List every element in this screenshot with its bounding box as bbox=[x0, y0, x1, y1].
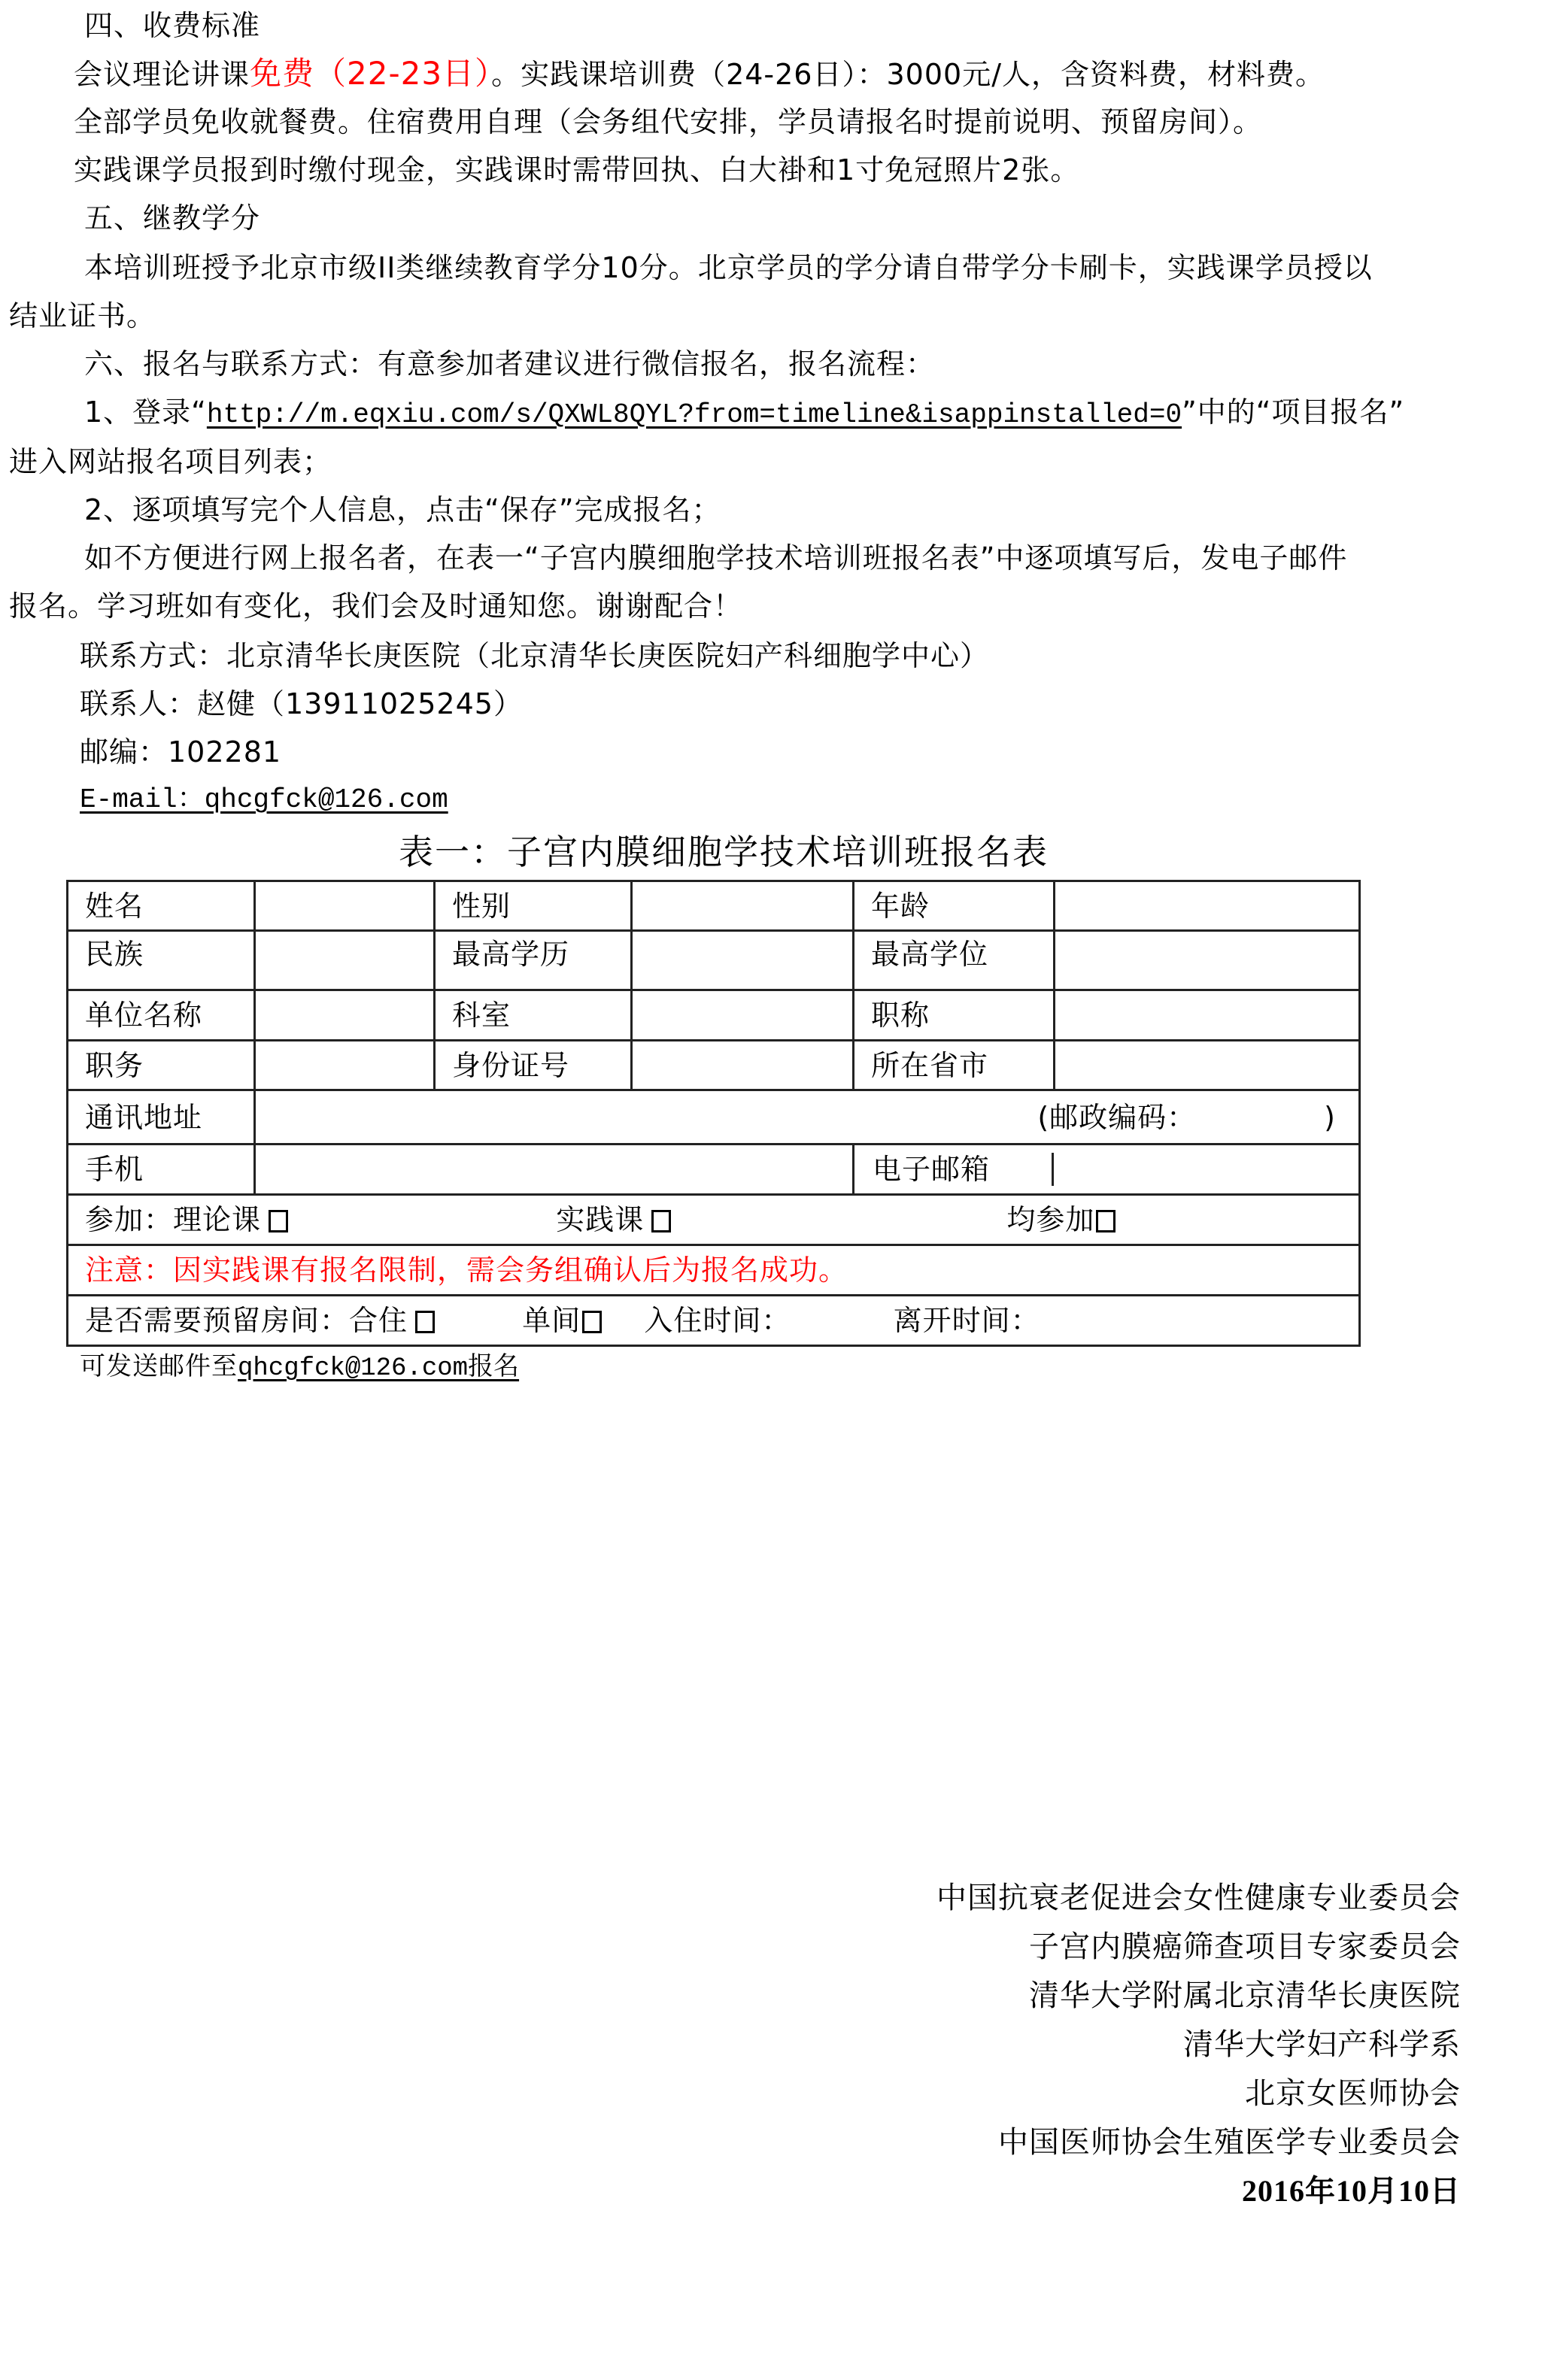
label-education: 最高学历 bbox=[435, 931, 632, 990]
table-row: 手机 电子邮箱 bbox=[68, 1145, 1360, 1195]
footnote-text: 可发送邮件至 bbox=[80, 1351, 238, 1381]
input-id-number[interactable] bbox=[632, 1041, 854, 1090]
both-checkbox[interactable] bbox=[1096, 1210, 1115, 1232]
label-age: 年龄 bbox=[854, 881, 1055, 931]
label-organization: 单位名称 bbox=[68, 990, 255, 1041]
postcode: 邮编：102281 bbox=[80, 735, 281, 769]
input-education[interactable] bbox=[632, 931, 854, 990]
fees-paragraph-3: 实践课学员报到时缴付现金，实践课时需带回执、白大褂和1寸免冠照片2张。 bbox=[74, 153, 1079, 186]
input-title[interactable] bbox=[1055, 990, 1360, 1041]
free-highlight: 免费（22-23日） bbox=[250, 55, 491, 92]
table-row: 通讯地址 (邮政编码：) bbox=[68, 1090, 1360, 1145]
input-email[interactable] bbox=[1054, 1153, 1358, 1186]
label-mobile: 手机 bbox=[68, 1145, 255, 1195]
attend-theory-label: 参加：理论课 bbox=[85, 1203, 261, 1236]
input-mobile[interactable] bbox=[255, 1145, 854, 1195]
label-id-number: 身份证号 bbox=[435, 1041, 632, 1090]
registration-alt-2: 报名。学习班如有变化，我们会及时通知您。谢谢配合！ bbox=[9, 590, 742, 623]
checkin-label: 入住时间： bbox=[644, 1304, 791, 1337]
attend-both-label: 均参加 bbox=[1006, 1203, 1094, 1236]
section-heading-registration: 六、报名与联系方式：有意参加者建议进行微信报名，报名流程： bbox=[84, 347, 935, 380]
registration-link[interactable]: http://m.eqxiu.com/s/QXWL8QYL?from=timel… bbox=[207, 399, 1182, 430]
label-degree: 最高学位 bbox=[854, 931, 1055, 990]
table-row: 是否需要预留房间：合住 单间 入住时间： 离开时间： bbox=[68, 1296, 1360, 1346]
label-province-city: 所在省市 bbox=[854, 1041, 1055, 1090]
contact-info: 联系方式：北京清华长庚医院（北京清华长庚医院妇产科细胞学中心） bbox=[80, 639, 989, 672]
registration-step-1-cont: 进入网站报名项目列表； bbox=[9, 445, 332, 478]
input-gender[interactable] bbox=[632, 881, 854, 931]
footnote-email-link[interactable]: qhcgfck@126.com报名 bbox=[238, 1351, 519, 1381]
table-row: 民族 最高学历 最高学位 bbox=[68, 931, 1360, 990]
input-position[interactable] bbox=[255, 1041, 435, 1090]
room-single-label: 单间 bbox=[522, 1304, 581, 1337]
label-gender: 性别 bbox=[435, 881, 632, 931]
section-heading-fees: 四、收费标准 bbox=[84, 9, 260, 42]
table-row: 单位名称 科室 职称 bbox=[68, 990, 1360, 1041]
theory-checkbox[interactable] bbox=[269, 1210, 288, 1232]
registration-step-2: 2、逐项填写完个人信息，点击“保存”完成报名； bbox=[84, 493, 721, 526]
contact-email-link[interactable]: E-mail：qhcgfck@126.com bbox=[80, 784, 448, 817]
attend-practice-label: 实践课 bbox=[556, 1203, 644, 1236]
input-age[interactable] bbox=[1055, 881, 1360, 931]
fees-text: 会议理论讲课 bbox=[74, 58, 250, 91]
table-row: 参加：理论课 实践课 均参加 bbox=[68, 1195, 1360, 1245]
fees-paragraph-1: 会议理论讲课免费（22-23日）。实践课培训费（24-26日）：3000元/人，… bbox=[74, 57, 1325, 91]
credits-paragraph-2: 结业证书。 bbox=[9, 299, 156, 332]
label-title: 职称 bbox=[854, 990, 1055, 1041]
section-heading-credits: 五、继教学分 bbox=[84, 202, 260, 235]
single-room-checkbox[interactable] bbox=[582, 1311, 602, 1333]
room-options: 是否需要预留房间：合住 单间 入住时间： 离开时间： bbox=[68, 1296, 1360, 1346]
input-address[interactable]: (邮政编码：) bbox=[255, 1090, 1360, 1145]
registration-step-1: 1、登录“http://m.eqxiu.com/s/QXWL8QYL?from=… bbox=[84, 396, 1404, 432]
shared-room-checkbox[interactable] bbox=[415, 1311, 435, 1333]
fees-text: 。实践课培训费（24-26日）：3000元/人，含资料费，材料费。 bbox=[491, 58, 1325, 91]
room-shared-label: 是否需要预留房间：合住 bbox=[85, 1304, 408, 1337]
postal-code-close: ) bbox=[1324, 1101, 1336, 1134]
label-name: 姓名 bbox=[68, 881, 255, 931]
contact-person: 联系人：赵健（13911025245） bbox=[80, 687, 523, 720]
step1-suffix: ”中的“项目报名” bbox=[1182, 396, 1404, 429]
label-ethnicity: 民族 bbox=[68, 931, 255, 990]
signature-org-3: 清华大学附属北京清华长庚医院 bbox=[1029, 1978, 1461, 2014]
form-title: 表一：子宫内膜细胞学技术培训班报名表 bbox=[399, 831, 1049, 873]
input-degree[interactable] bbox=[1055, 931, 1360, 990]
table-row: 姓名 性别 年龄 bbox=[68, 881, 1360, 931]
credits-paragraph-1: 本培训班授予北京市级II类继续教育学分10分。北京学员的学分请自带学分卡刷卡，实… bbox=[84, 251, 1373, 284]
fees-paragraph-2: 全部学员免收就餐费。住宿费用自理（会务组代安排，学员请报名时提前说明、预留房间）… bbox=[74, 105, 1262, 138]
table-row: 注意：因实践课有报名限制，需会务组确认后为报名成功。 bbox=[68, 1245, 1360, 1296]
attend-options: 参加：理论课 实践课 均参加 bbox=[68, 1195, 1360, 1245]
email-cell: 电子邮箱 bbox=[854, 1145, 1360, 1195]
label-address: 通讯地址 bbox=[68, 1090, 255, 1145]
signature-org-5: 北京女医师协会 bbox=[1245, 2075, 1461, 2112]
signature-org-1: 中国抗衰老促进会女性健康专业委员会 bbox=[936, 1880, 1461, 1916]
label-position: 职务 bbox=[68, 1041, 255, 1090]
form-footnote: 可发送邮件至qhcgfck@126.com报名 bbox=[80, 1350, 519, 1385]
practice-checkbox[interactable] bbox=[651, 1210, 671, 1232]
label-department: 科室 bbox=[435, 990, 632, 1041]
signature-org-4: 清华大学妇产科学系 bbox=[1183, 2027, 1461, 2063]
notice-text: 注意：因实践课有报名限制，需会务组确认后为报名成功。 bbox=[68, 1245, 1360, 1296]
table-row: 职务 身份证号 所在省市 bbox=[68, 1041, 1360, 1090]
signature-date: 2016年10月10日 bbox=[1242, 2173, 1461, 2209]
input-organization[interactable] bbox=[255, 990, 435, 1041]
postal-code-label: (邮政编码： bbox=[1037, 1101, 1196, 1134]
signature-org-2: 子宫内膜癌筛查项目专家委员会 bbox=[1029, 1929, 1461, 1965]
input-department[interactable] bbox=[632, 990, 854, 1041]
label-email: 电子邮箱 bbox=[854, 1153, 1054, 1186]
input-name[interactable] bbox=[255, 881, 435, 931]
signature-org-6: 中国医师协会生殖医学专业委员会 bbox=[998, 2124, 1461, 2160]
registration-form-table: 姓名 性别 年龄 民族 最高学历 最高学位 单位名称 科室 职称 职务 身份证号… bbox=[66, 880, 1361, 1347]
input-province-city[interactable] bbox=[1055, 1041, 1360, 1090]
input-ethnicity[interactable] bbox=[255, 931, 435, 990]
registration-alt-1: 如不方便进行网上报名者，在表一“子宫内膜细胞学技术培训班报名表”中逐项填写后，发… bbox=[84, 541, 1347, 575]
checkout-label: 离开时间： bbox=[894, 1304, 1040, 1337]
step1-prefix: 1、登录“ bbox=[84, 396, 207, 429]
